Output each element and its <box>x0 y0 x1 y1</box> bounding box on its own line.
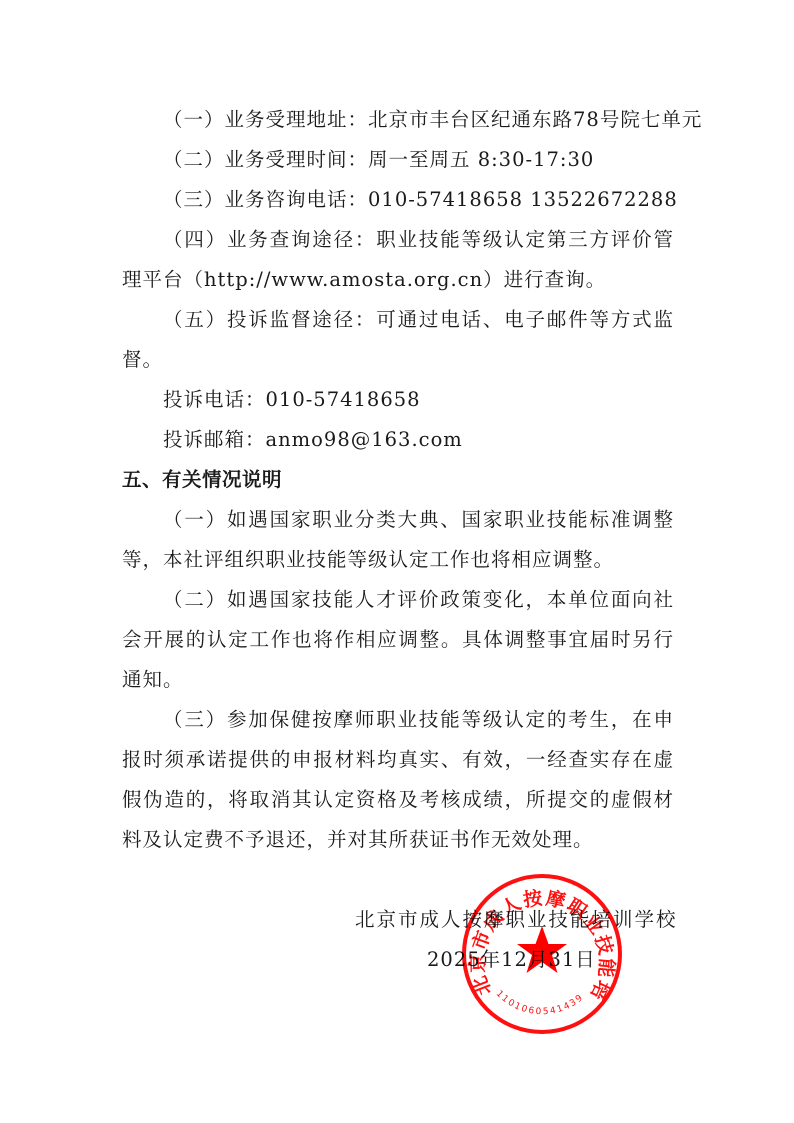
signature-organization: 北京市成人按摩职业技能培训学校 <box>355 908 678 932</box>
item3-line-2: 报时须承诺提供的申报材料均真实、有效，一经查实存在虚 <box>122 748 674 772</box>
seal-ring-text: 北京市成人按摩职业技能培训学校 <box>460 874 619 1004</box>
signature-date: 2025年12月31日 <box>427 948 596 972</box>
supervision-line-2: 督。 <box>122 348 674 372</box>
item2-line-3: 通知。 <box>122 668 674 692</box>
section-heading: 五、有关情况说明 <box>122 468 674 492</box>
item2-line-1: （二）如遇国家技能人才评价政策变化，本单位面向社 <box>163 588 674 612</box>
item3-line-4: 料及认定费不予退还，并对其所获证书作无效处理。 <box>122 828 674 852</box>
document-page: （一）业务受理地址：北京市丰台区纪通东路78号院七单元 （二）业务受理时间：周一… <box>0 0 794 1123</box>
phone-line: （三）业务咨询电话：010-57418658 13522672288 <box>163 188 715 212</box>
hours-line: （二）业务受理时间：周一至周五 8:30-17:30 <box>163 148 715 172</box>
complaint-email: 投诉邮箱：anmo98@163.com <box>163 428 715 452</box>
complaint-phone: 投诉电话：010-57418658 <box>163 388 715 412</box>
query-line-2: 理平台（http://www.amosta.org.cn）进行查询。 <box>122 268 674 292</box>
item2-line-2: 会开展的认定工作也将作相应调整。具体调整事宜届时另行 <box>122 628 674 652</box>
supervision-line-1: （五）投诉监督途径：可通过电话、电子邮件等方式监 <box>163 308 674 332</box>
address-line: （一）业务受理地址：北京市丰台区纪通东路78号院七单元 <box>163 108 715 132</box>
item3-line-3: 假伪造的，将取消其认定资格及考核成绩，所提交的虚假材 <box>122 788 674 812</box>
item1-line-1: （一）如遇国家职业分类大典、国家职业技能标准调整 <box>163 508 674 532</box>
item3-line-1: （三）参加保健按摩师职业技能等级认定的考生，在申 <box>163 708 674 732</box>
item1-line-2: 等，本社评组织职业技能等级认定工作也将相应调整。 <box>122 548 674 572</box>
seal-code: 1101060541439 <box>494 989 585 1017</box>
query-line-1: （四）业务查询途径：职业技能等级认定第三方评价管 <box>163 228 674 252</box>
